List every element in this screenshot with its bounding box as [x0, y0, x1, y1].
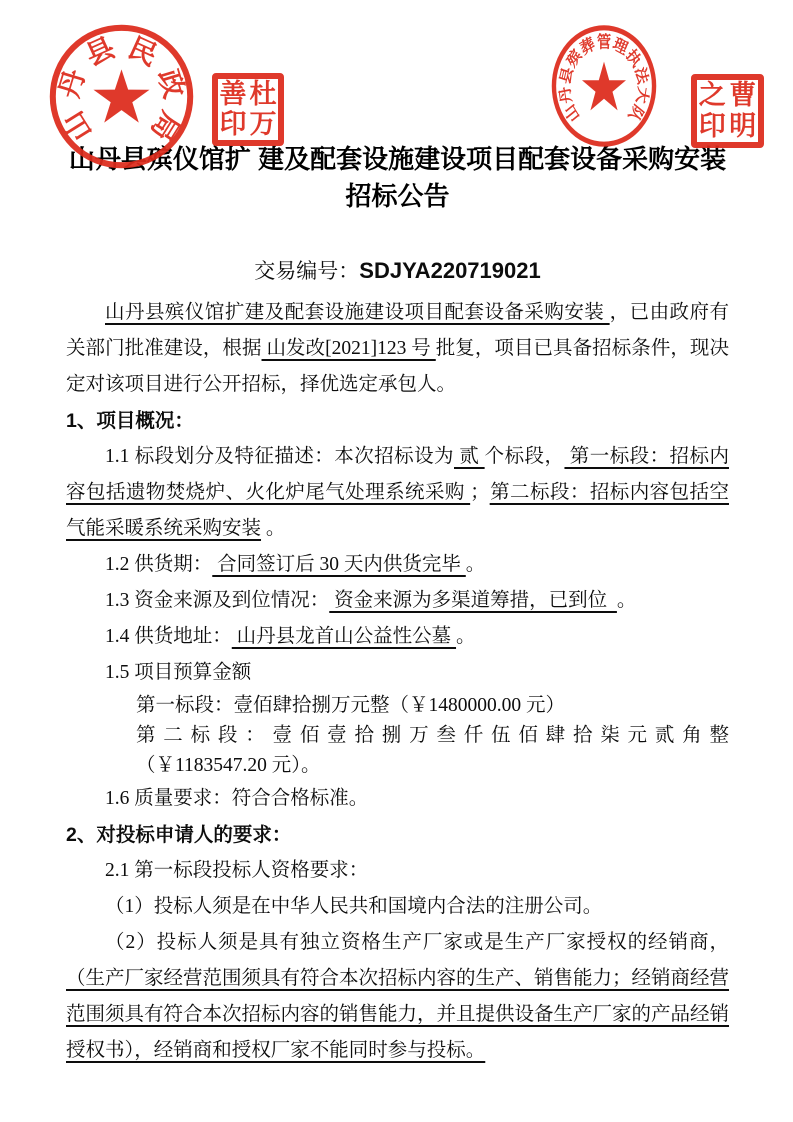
text-run: 资金来源为多渠道筹措，已到位	[329, 590, 617, 611]
clause-1-3: 1.3 资金来源及到位情况： 资金来源为多渠道筹措，已到位 。	[66, 583, 729, 619]
text-run: 第二标段：壹佰壹拾捌万叁仟伍佰肆拾柒元贰角整（￥1183547.20 元）。	[136, 725, 729, 776]
text-run: 山丹县殡仪馆扩建及配套设施建设项目配套设备采购安装	[105, 302, 610, 323]
seal-char: 曹	[729, 82, 756, 109]
seal-char: 之	[699, 82, 726, 109]
text-run: 1.6 质量要求：符合合格标准。	[105, 788, 368, 809]
text-run: 2.1 第一标段投标人资格要求：	[105, 860, 368, 881]
text-run: 1.1 标段划分及特征描述：本次招标设为	[105, 446, 454, 467]
document-page: 山丹县民政局 善 杜 印 万 山丹县殡葬管理执法大队 之 曹 印 明 山丹县殡仪…	[0, 0, 793, 1122]
intro-paragraph: 山丹县殡仪馆扩建及配套设施建设项目配套设备采购安装 ，已由政府有关部门批准建设，…	[66, 295, 729, 403]
clause-1-1: 1.1 标段划分及特征描述：本次招标设为 贰 个标段， 第一标段：招标内容包括遗…	[66, 439, 729, 547]
text-run: 个标段，	[485, 446, 565, 467]
seal-char: 明	[729, 113, 756, 140]
round-seal-funeral-admin-brigade: 山丹县殡葬管理执法大队	[549, 22, 659, 150]
requirement-1: （1）投标人须是在中华人民共和国境内合法的注册公司。	[66, 889, 729, 925]
seal-arc-char: 管	[597, 32, 612, 52]
text-run: 山丹县龙首山公益性公墓	[232, 626, 456, 647]
clause-1-4: 1.4 供货地址： 山丹县龙首山公益性公墓 。	[66, 619, 729, 655]
trade-number: 交易编号：SDJYA220719021	[66, 258, 729, 284]
text-run: 1、项目概况：	[66, 410, 194, 432]
text-run: 。	[261, 518, 285, 539]
trade-number-value: SDJYA220719021	[359, 258, 540, 283]
section-1-heading: 1、项目概况：	[66, 403, 729, 439]
text-run: 。	[466, 554, 486, 575]
text-run: 2、对投标申请人的要求：	[66, 824, 291, 846]
text-run: 山发改[2021]123 号	[262, 338, 436, 359]
document-body: 山丹县殡仪馆扩建及配套设施建设项目配套设备采购安装 ，已由政府有关部门批准建设，…	[66, 295, 729, 1069]
requirement-2: （2）投标人须是具有独立资格生产厂家或是生产厂家授权的经销商，（生产厂家经营范围…	[66, 925, 729, 1069]
clause-2-1: 2.1 第一标段投标人资格要求：	[66, 853, 729, 889]
round-seal-civil-affairs-bureau: 山丹县民政局	[45, 21, 198, 172]
text-run: 1.4 供货地址：	[105, 626, 232, 647]
seal-char: 万	[250, 111, 277, 138]
text-run: 贰	[454, 446, 485, 467]
clause-1-6: 1.6 质量要求：符合合格标准。	[66, 781, 729, 817]
square-seal-cao-ming: 之 曹 印 明	[691, 74, 764, 148]
seal-char: 印	[220, 111, 247, 138]
text-run: （1）投标人须是在中华人民共和国境内合法的注册公司。	[105, 896, 602, 917]
seal-arc-char: 山	[57, 106, 98, 146]
seal-char: 印	[699, 113, 726, 140]
seal-arc-char: 局	[145, 106, 186, 146]
text-run: 合同签订后 30 天内供货完毕	[212, 554, 466, 575]
star-icon	[93, 69, 149, 122]
text-run: 第一标段：壹佰肆拾捌万元整（￥1480000.00 元）	[136, 695, 565, 716]
text-run: ；	[470, 482, 490, 503]
document-title-line2: 招标公告	[345, 181, 449, 211]
star-icon	[582, 62, 626, 111]
seal-arc-char: 丹	[556, 85, 575, 105]
trade-number-label: 交易编号：	[254, 259, 359, 283]
seal-char: 杜	[250, 81, 277, 108]
budget-lot-2: 第二标段：壹佰壹拾捌万叁仟伍佰肆拾柒元贰角整（￥1183547.20 元）。	[66, 721, 729, 781]
text-run: 。	[617, 590, 637, 611]
budget-lot-1: 第一标段：壹佰肆拾捌万元整（￥1480000.00 元）	[66, 691, 729, 721]
text-run: （2）投标人须是具有独立资格生产厂家或是生产厂家授权的经销商，	[105, 932, 729, 953]
seal-char: 善	[220, 81, 247, 108]
text-run: （生产厂家经营范围须具有符合本次招标内容的生产、销售能力；经销商经营范围须具有符…	[66, 968, 729, 1061]
text-run: 1.3 资金来源及到位情况：	[105, 590, 329, 611]
square-seal-du-wanshan: 善 杜 印 万	[212, 73, 284, 146]
clause-1-5: 1.5 项目预算金额	[66, 655, 729, 691]
clause-1-2: 1.2 供货期： 合同签订后 30 天内供货完毕 。	[66, 547, 729, 583]
text-run: 。	[456, 626, 476, 647]
text-run: 1.5 项目预算金额	[105, 662, 251, 683]
section-2-heading: 2、对投标申请人的要求：	[66, 817, 729, 853]
text-run: 1.2 供货期：	[105, 554, 212, 575]
